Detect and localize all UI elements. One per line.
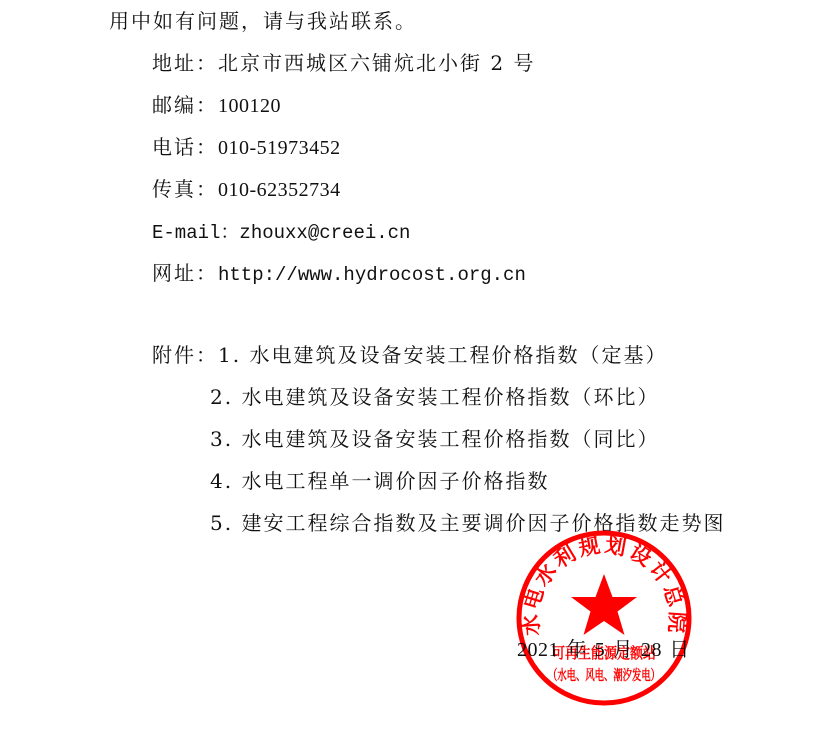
attachments-label: 附件： xyxy=(152,343,218,367)
address-label: 地址： xyxy=(152,51,218,75)
website-line: 网址：http://www.hydrocost.org.cn xyxy=(152,261,526,287)
seal-outer-text: 水电水利规划设计总院 xyxy=(518,533,689,637)
website-label: 网址： xyxy=(152,261,218,285)
date-year: 2021 xyxy=(517,639,559,661)
address-line: 地址：北京市西城区六铺炕北小街 2 号 xyxy=(152,51,535,75)
attachment-item-2: 2. 水电建筑及设备安装工程价格指数（环比） xyxy=(210,385,659,409)
date-month-unit: 月 xyxy=(613,637,634,661)
phone-line: 电话：010-51973452 xyxy=(152,135,341,160)
attachment-text: 1. 水电建筑及设备安装工程价格指数（定基） xyxy=(218,343,667,367)
attachment-item-3: 3. 水电建筑及设备安装工程价格指数（同比） xyxy=(210,427,659,451)
attachment-text: 5. 建安工程综合指数及主要调价因子价格指数走势图 xyxy=(210,511,725,535)
document-date: 2021 年 5 月 28 日 xyxy=(517,636,690,663)
official-seal-stamp: 水电水利规划设计总院 可再生能源定额站 （水电、风电、潮汐发电） xyxy=(514,528,694,708)
email-label: E-mail： xyxy=(152,222,239,244)
fax-label: 传真： xyxy=(152,177,218,201)
website-link[interactable]: http://www.hydrocost.org.cn xyxy=(218,264,526,286)
attachment-item-5: 5. 建安工程综合指数及主要调价因子价格指数走势图 xyxy=(210,511,725,535)
phone-label: 电话： xyxy=(152,135,218,159)
phone-value: 010-51973452 xyxy=(218,137,341,159)
intro-line: 用中如有问题，请与我站联系。 xyxy=(109,9,417,33)
date-day-unit: 日 xyxy=(669,637,690,661)
fax-line: 传真：010-62352734 xyxy=(152,177,341,202)
address-value: 北京市西城区六铺炕北小街 2 号 xyxy=(218,51,535,75)
seal-ring xyxy=(519,533,689,703)
date-day: 28 xyxy=(641,639,662,661)
attachment-item-1: 附件：1. 水电建筑及设备安装工程价格指数（定基） xyxy=(152,343,667,367)
attachment-text: 4. 水电工程单一调价因子价格指数 xyxy=(210,469,549,493)
email-line: E-mail：zhouxx@creei.cn xyxy=(152,219,410,245)
date-month: 5 xyxy=(595,639,606,661)
fax-value: 010-62352734 xyxy=(218,179,341,201)
date-year-unit: 年 xyxy=(566,637,587,661)
postcode-label: 邮编： xyxy=(152,93,218,117)
email-link[interactable]: zhouxx@creei.cn xyxy=(239,222,410,244)
intro-text: 用中如有问题，请与我站联系。 xyxy=(109,9,417,33)
seal-inner-line-2: （水电、风电、潮汐发电） xyxy=(548,667,660,684)
postcode-value: 100120 xyxy=(218,95,281,117)
star-icon xyxy=(571,574,637,635)
attachment-text: 3. 水电建筑及设备安装工程价格指数（同比） xyxy=(210,427,659,451)
postcode-line: 邮编：100120 xyxy=(152,93,281,118)
attachment-item-4: 4. 水电工程单一调价因子价格指数 xyxy=(210,469,549,493)
attachment-text: 2. 水电建筑及设备安装工程价格指数（环比） xyxy=(210,385,659,409)
